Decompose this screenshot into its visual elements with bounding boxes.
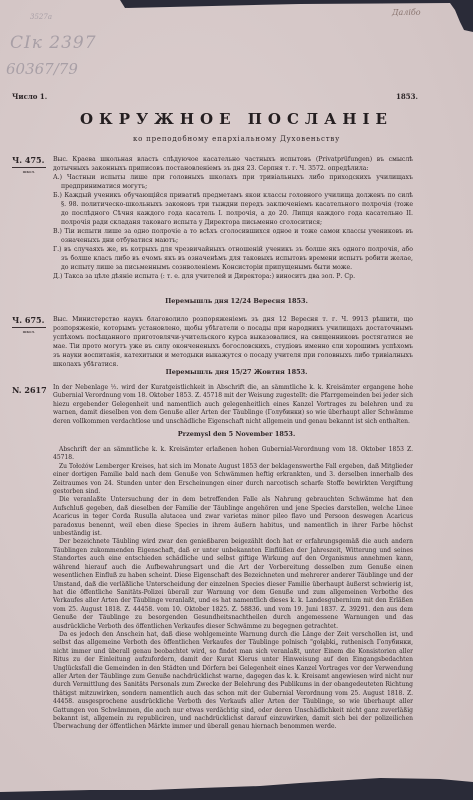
paragraph: Da es jedoch den Anschein hat, daß diese… [53, 631, 413, 732]
margin-number-475: Ч. 475. школ. [12, 155, 46, 174]
list-item-a: А.) Частныи испыты лише при головныхъ шк… [53, 173, 413, 191]
section-475-body: Выс. Краева школьная власть слѣдуючое ка… [53, 155, 413, 281]
list-item-g: Г.) въ случаяхъ же, въ котрыхъ для чрезв… [53, 245, 413, 272]
margin-number-2617: N. 2617 [12, 385, 47, 395]
signature-line-3: Przemysl den 5 November 1853. [0, 430, 473, 438]
appendix-body: Abschrift der an sämmtliche k. k. Kreisä… [53, 446, 413, 732]
list-item-b: Б.) Каждый ученикъ обучающійся приватнѣ … [53, 191, 413, 227]
handwritten-inventory: 60367/79 [6, 60, 78, 78]
paragraph: Abschrift der an sämmtliche k. k. Kreisä… [53, 446, 413, 463]
section-675-body: Выс. Министерство наукъ благоволило розп… [53, 315, 413, 369]
paragraph: Выс. Краева школьная власть слѣдуючое ка… [53, 155, 413, 173]
document-subtitle: ко преподобному епархіальному Духовеньст… [0, 135, 473, 143]
paragraph: In der Nebenlage ½. wird der Kuratgeistl… [53, 384, 413, 426]
paragraph: Die veranlaßte Untersuchung der in dem b… [53, 496, 413, 538]
margin-number-675: Ч. 675. школ. [12, 315, 46, 334]
document-page: 3527a CIк 2397 60367/79 Далібо Число 1. … [0, 0, 473, 800]
paragraph: Zu Tołożów Lemberger Kreises, hat sich i… [53, 463, 413, 497]
paragraph: Выс. Министерство наукъ благоволило розп… [53, 315, 413, 369]
handwritten-right-note: Далібо [392, 8, 421, 17]
handwritten-shelfmark: CIк 2397 [10, 33, 97, 53]
signature-line-2: Перемышль дня 15/27 Жовтня 1853. [0, 368, 473, 376]
document-title: ОКРУЖНОЕ ПОСЛАНІЕ [0, 110, 473, 128]
issue-number: Число 1. [12, 92, 47, 101]
list-item-d: Д.) Такса за цѣле дѣяніе испыта (: т. е.… [53, 272, 413, 281]
paragraph: Der bezeichnete Täubling wird zwar den g… [53, 538, 413, 630]
handwritten-note-top: 3527a [30, 13, 52, 21]
section-2617-body: In der Nebenlage ½. wird der Kuratgeistl… [53, 384, 413, 426]
list-item-v: В.) Тіи испыти лише за одно полрочіе а т… [53, 227, 413, 245]
signature-line-1: Перемышль дня 12/24 Вересня 1853. [0, 297, 473, 305]
issue-year: 1853. [396, 92, 418, 101]
